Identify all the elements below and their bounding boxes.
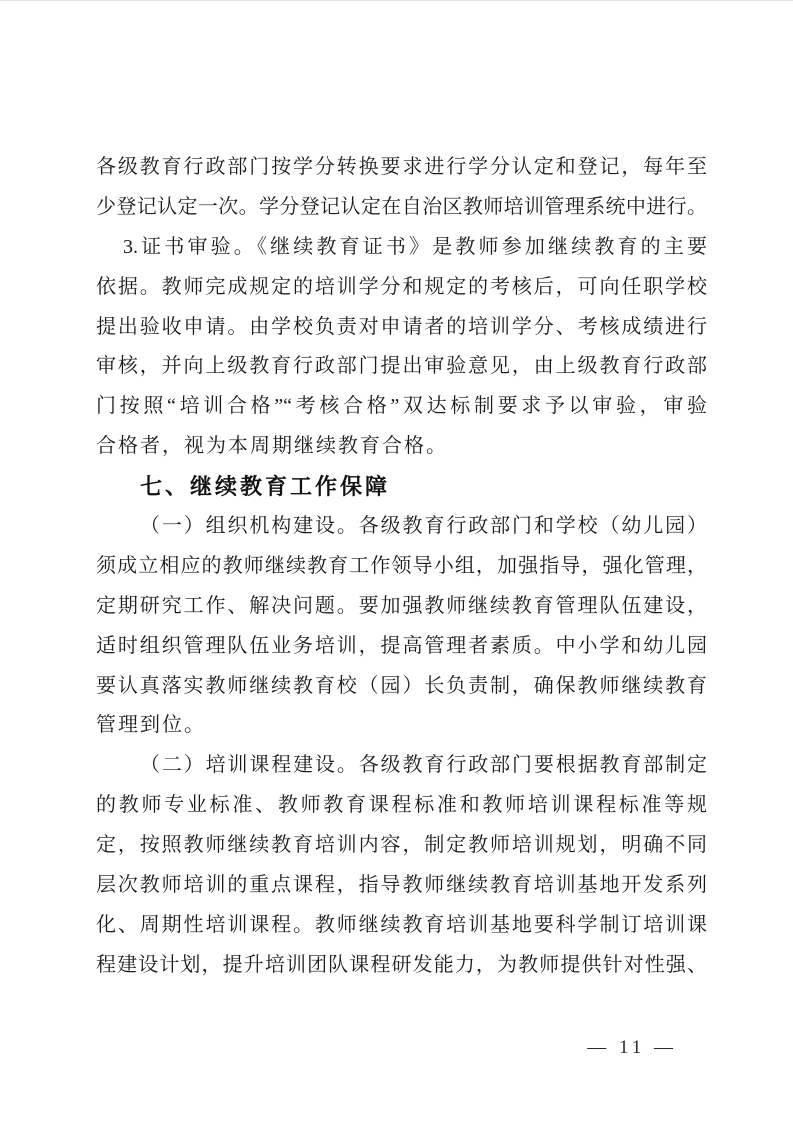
text-line: 程建设计划，提升培训团队课程研发能力，为教师提供针对性强、	[96, 946, 707, 986]
text-line: 审核，并向上级教育行政部门提出审验意见，由上级教育行政部	[96, 347, 707, 387]
text-line: 层次教师培训的重点课程，指导教师继续教育培训基地开发系列	[96, 866, 707, 906]
text-line: 提出验收申请。由学校负责对申请者的培训学分、考核成绩进行	[96, 308, 707, 348]
text-line: 定期研究工作、解决问题。要加强教师继续教育管理队伍建设，	[96, 587, 707, 627]
text-line: 依据。教师完成规定的培训学分和规定的考核后，可向任职学校	[96, 268, 707, 308]
text-line: 适时组织管理队伍业务培训，提高管理者素质。中小学和幼儿园	[96, 627, 707, 667]
text-line: 定，按照教师继续教育培训内容，制定教师培训规划，明确不同	[96, 826, 707, 866]
page-number: — 11 —	[587, 1037, 677, 1059]
text-line: （一）组织机构建设。各级教育行政部门和学校（幼儿园）	[96, 507, 707, 547]
text-line: 各级教育行政部门按学分转换要求进行学分认定和登记，每年至	[96, 148, 707, 188]
text-line: （二）培训课程建设。各级教育行政部门要根据教育部制定	[96, 746, 707, 786]
text-line: 的教师专业标准、教师教育课程标准和教师培训课程标准等规	[96, 786, 707, 826]
text-line: 要认真落实教师继续教育校（园）长负责制，确保教师继续教育	[96, 667, 707, 707]
text-line: 化、周期性培训课程。教师继续教育培训基地要科学制订培训课	[96, 906, 707, 946]
text-line: 合格者，视为本周期继续教育合格。	[96, 427, 707, 467]
text-line: 3.证书审验。《继续教育证书》是教师参加继续教育的主要	[96, 228, 707, 268]
text-line: 少登记认定一次。学分登记认定在自治区教师培训管理系统中进行。	[96, 188, 707, 228]
text-line: 门按照“培训合格”“考核合格”双达标制要求予以审验，审验	[96, 387, 707, 427]
section-heading: 七、继续教育工作保障	[96, 467, 707, 507]
document-page: 各级教育行政部门按学分转换要求进行学分认定和登记，每年至少登记认定一次。学分登记…	[0, 0, 793, 1123]
text-line: 管理到位。	[96, 706, 707, 746]
text-block: 各级教育行政部门按学分转换要求进行学分认定和登记，每年至少登记认定一次。学分登记…	[96, 148, 707, 986]
text-line: 须成立相应的教师继续教育工作领导小组，加强指导，强化管理，	[96, 547, 707, 587]
